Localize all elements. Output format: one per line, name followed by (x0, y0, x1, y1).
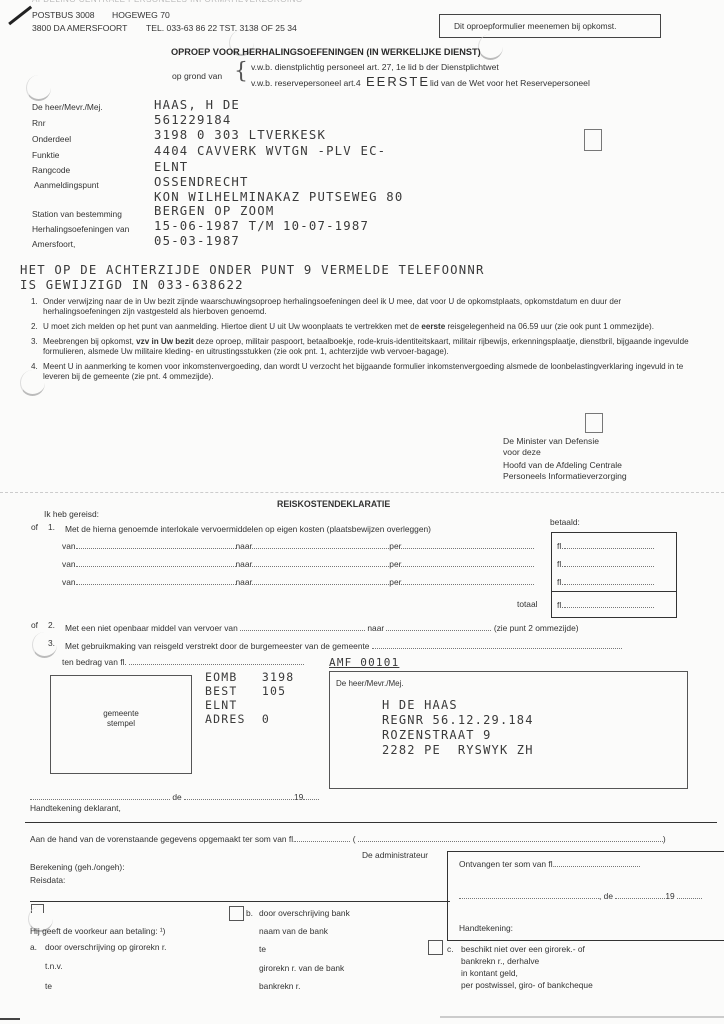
checkbox-top[interactable] (584, 129, 602, 151)
amount-field[interactable] (129, 656, 304, 665)
checkbox-signature[interactable] (585, 413, 603, 433)
trip-to-field[interactable] (252, 540, 389, 549)
signature-declarant: Handtekening deklarant, (30, 803, 121, 813)
punch-hole (26, 75, 51, 101)
detail-label: Funktie (32, 150, 59, 160)
notice-box-text: Dit oproepformulier meenemen bij opkomst… (454, 21, 616, 31)
option-b-text: door overschrijving bank (259, 908, 350, 918)
option-c-label: c. (447, 944, 454, 954)
option-b-label: b. (246, 908, 253, 918)
option-a-label: a. (30, 942, 37, 952)
admin-code: BEST 105 (205, 684, 286, 698)
item-3-num: 3. (48, 638, 55, 648)
divider (25, 822, 717, 823)
trip-from-field[interactable] (76, 576, 236, 585)
trip-row: vannaarper (62, 576, 534, 587)
item-2-from-field[interactable] (240, 622, 365, 631)
paid-box-divider (551, 591, 676, 592)
option-b-te: te (259, 944, 266, 954)
admin-code: ELNT (205, 698, 238, 712)
option-c-line-3: in kontant geld, (461, 968, 518, 978)
form-title: OPROEP VOOR HERHALINGSOEFENINGEN (IN WER… (171, 47, 481, 57)
grounds-1: v.w.b. dienstplichtig personeel art. 27,… (251, 62, 499, 72)
address-line-1b: HOGEWEG 70 (112, 10, 170, 20)
admin-code: ADRES 0 (205, 712, 270, 726)
detail-label: Rnr (32, 118, 46, 128)
trip-from-field[interactable] (76, 540, 236, 549)
amount-row: ten bedrag van fl. (62, 656, 304, 667)
detail-value: 3198 0 303 LTVERKESK (154, 128, 326, 142)
notice-box: Dit oproepformulier meenemen bij opkomst… (439, 14, 661, 38)
detail-label: Onderdeel (32, 134, 71, 144)
note-2: 2.U moet zich melden op het punt van aan… (31, 322, 691, 332)
item-2-num: 2. (48, 620, 55, 630)
date-field[interactable] (184, 791, 294, 800)
grounds-2b: EERSTE (366, 74, 430, 89)
note-1: 1.Onder verwijzing naar de in Uw bezit z… (31, 297, 691, 317)
trip-by-field[interactable] (401, 558, 534, 567)
total-amount[interactable]: fl. (557, 599, 654, 610)
date-row: de 19 (30, 791, 319, 802)
punch-hole (20, 370, 45, 396)
signature-line-1: De Minister van Defensie (503, 436, 599, 446)
signature-line-2: voor deze (503, 447, 541, 457)
item-1-num: 1. (48, 522, 55, 532)
trip-to-field[interactable] (252, 558, 389, 567)
perforation (0, 492, 724, 493)
paid-label: betaald: (550, 517, 580, 527)
divider (30, 901, 450, 902)
detail-value: 561229184 (154, 113, 231, 127)
brace-icon: { (234, 59, 248, 85)
detail-label: Rangcode (32, 165, 70, 175)
address-line: 2282 PE RYSWYK ZH (382, 743, 534, 757)
option-c-line-1: beschikt niet over een girorek.- of (461, 944, 585, 954)
address-line: H DE HAAS (382, 698, 458, 712)
declaration-intro: Ik heb gereisd: (44, 509, 99, 519)
of-label-1: of (31, 522, 38, 532)
address-line-2b: TEL. 033-63 86 22 TST. 3138 OF 25 34 (146, 23, 297, 33)
municipality-field[interactable] (372, 640, 622, 649)
grounds-2a: v.w.b. reservepersoneel art.4 (251, 78, 361, 88)
detail-label: Herhalingsoefeningen van (32, 224, 129, 234)
trip-to-field[interactable] (252, 576, 389, 585)
received-amount-field[interactable] (555, 858, 640, 867)
travel-data-label: Reisdata: (30, 875, 65, 885)
admin-code: EOMB 3198 (205, 670, 294, 684)
signature-line-4: Personeels Informatieverzorging (503, 471, 627, 481)
received-year-field[interactable] (677, 890, 702, 899)
trip-row: vannaarper (62, 558, 534, 569)
notes-list: 1.Onder verwijzing naar de in Uw bezit z… (31, 297, 691, 387)
detail-value: 05-03-1987 (154, 234, 240, 248)
payment-preference: Hij geeft de voorkeur aan betaling: ¹) (30, 926, 165, 936)
item-2-to-field[interactable] (386, 622, 491, 631)
detail-label: Amersfoort, (32, 239, 75, 249)
trip-row: vannaarper (62, 540, 534, 551)
detail-value: HAAS, H DE (154, 98, 240, 112)
detail-value: ELNT (154, 160, 188, 174)
received-date-field[interactable] (615, 890, 665, 899)
option-b-bank: naam van de bank (259, 926, 328, 936)
total-label: totaal (517, 599, 538, 609)
of-label-2: of (31, 620, 38, 630)
sum-field[interactable] (295, 833, 350, 842)
phone-notice-line-2: IS GEWIJZIGD IN 033-638622 (20, 278, 244, 292)
org-line: AFDELING CENTRALE PERSONEELS INFORMATIEV… (32, 0, 303, 4)
address-line: ROZENSTRAAT 9 (382, 728, 492, 742)
trip-from-field[interactable] (76, 558, 236, 567)
detail-value: KON WILHELMINAKAZ PUTSEWEG 80 (154, 190, 404, 204)
item-2-text: Met een niet openbaar middel van vervoer… (65, 622, 579, 633)
pen-mark (8, 6, 32, 25)
phone-notice-line-1: HET OP DE ACHTERZIJDE ONDER PUNT 9 VERME… (20, 263, 485, 277)
option-c-line-4: per postwissel, giro- of bankcheque (461, 980, 593, 990)
option-a-te: te (45, 981, 52, 991)
declaration-title: REISKOSTENDEKLARATIE (277, 499, 390, 509)
grounds-label: op grond van (172, 71, 222, 81)
calc-label: Berekening (geh./ongeh): (30, 862, 125, 872)
note-3: 3.Meebrengen bij opkomst, vzv in Uw bezi… (31, 337, 691, 357)
received-row: Ontvangen ter som van fl. (459, 858, 640, 869)
option-b-giro: girorekn r. van de bank (259, 963, 344, 973)
edge-tear (440, 1016, 724, 1018)
edge-tear (0, 1018, 20, 1020)
signature-line-3: Hoofd van de Afdeling Centrale (503, 460, 622, 470)
office-code: AMF 00101 (329, 656, 399, 669)
grounds-2c: lid van de Wet voor het Reservepersoneel (430, 78, 590, 88)
item-1-text: Met de hierna genoemde interlokale vervo… (65, 524, 431, 534)
place-field[interactable] (30, 791, 170, 800)
sum-words-field[interactable] (358, 833, 663, 842)
trip-by-field[interactable] (401, 540, 534, 549)
received-date-row: , de 19 (459, 890, 702, 901)
option-a-text: door overschrijving op girorekn r. (45, 942, 167, 952)
detail-label: De heer/Mevr./Mej. (32, 102, 103, 112)
option-c-line-2: bankrekn r., derhalve (461, 956, 539, 966)
punch-hole (478, 34, 503, 60)
detail-label: Station van bestemming (32, 209, 122, 219)
year-field[interactable] (303, 791, 319, 800)
sum-row: Aan de hand van de vorenstaande gegevens… (30, 833, 666, 844)
checkbox-option-b[interactable] (229, 906, 244, 921)
detail-value: 4404 CAVVERK WVTGN -PLV EC- (154, 144, 386, 158)
option-a-tnv: t.n.v. (45, 961, 63, 971)
address-line-2a: 3800 DA AMERSFOORT (32, 23, 127, 33)
trip-by-field[interactable] (401, 576, 534, 585)
detail-value: 15-06-1987 T/M 10-07-1987 (154, 219, 369, 233)
checkbox-option-c[interactable] (428, 940, 443, 955)
stamp-box: gemeente stempel (50, 675, 192, 774)
detail-label: Aanmeldingspunt (34, 180, 99, 190)
detail-value: BERGEN OP ZOOM (154, 204, 274, 218)
detail-value: OSSENDRECHT (154, 175, 249, 189)
administrator-label: De administrateur (362, 850, 428, 860)
option-b-acct: bankrekn r. (259, 981, 300, 991)
address-line: REGNR 56.12.29.184 (382, 713, 534, 727)
note-4: 4.Meent U in aanmerking te komen voor in… (31, 362, 691, 382)
received-sign-label: Handtekening: (459, 923, 513, 933)
item-3-text: Met gebruikmaking van reisgeld verstrekt… (65, 640, 622, 651)
received-place-field[interactable] (459, 890, 599, 899)
address-line-1a: POSTBUS 3008 (32, 10, 95, 20)
